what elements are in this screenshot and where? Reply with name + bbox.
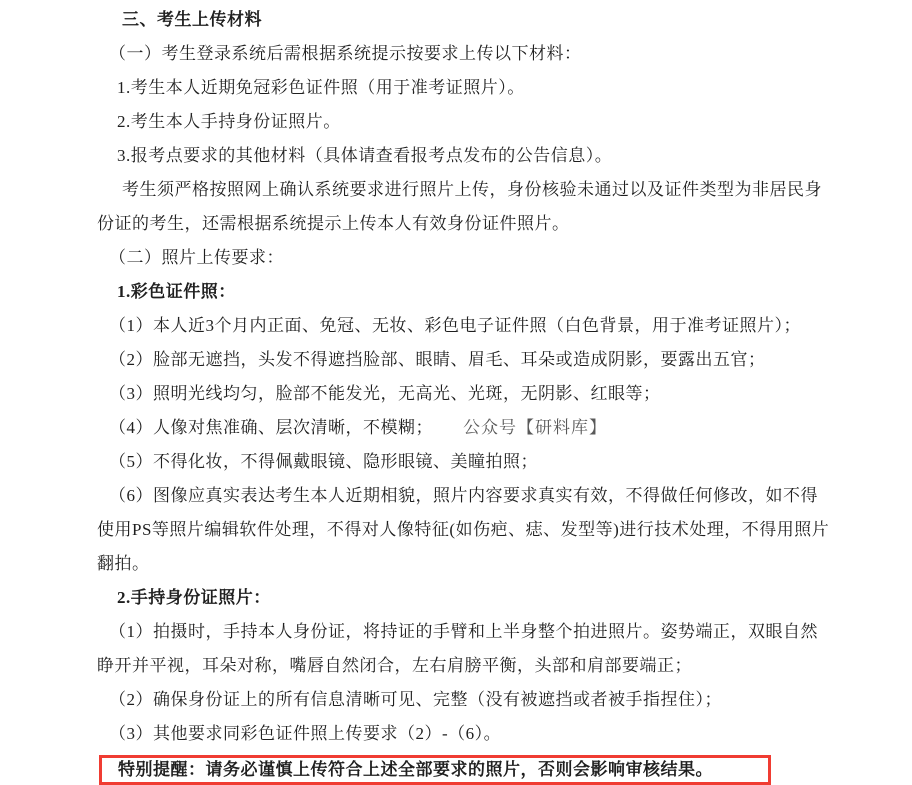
document-line: （2）脸部无遮挡，头发不得遮挡脸部、眼睛、眉毛、耳朵或造成阴影，要露出五官； — [97, 343, 815, 377]
document-line: 睁开并平视，耳朵对称，嘴唇自然闭合，左右肩膀平衡，头部和肩部要端正； — [97, 649, 815, 683]
document-line: （2）确保身份证上的所有信息清晰可见、完整（没有被遮挡或者被手指捏住）； — [97, 683, 815, 717]
document-line: （4）人像对焦准确、层次清晰，不模糊；公众号【研料库】 — [97, 411, 815, 445]
document-line: 考生须严格按照网上确认系统要求进行照片上传，身份核验未通过以及证件类型为非居民身 — [97, 173, 815, 207]
alert-box: 特别提醒：请务必谨慎上传符合上述全部要求的照片，否则会影响审核结果。 — [99, 755, 771, 785]
document-line: （1）本人近3个月内正面、免冠、无妆、彩色电子证件照（白色背景，用于准考证照片）… — [97, 309, 815, 343]
document-line: （6）图像应真实表达考生本人近期相貌，照片内容要求真实有效，不得做任何修改，如不… — [97, 479, 815, 513]
document-line: 1.考生本人近期免冠彩色证件照（用于准考证照片）。 — [97, 71, 815, 105]
document-line: 份证的考生，还需根据系统提示上传本人有效身份证件照片。 — [97, 207, 815, 241]
alert-text: 特别提醒：请务必谨慎上传符合上述全部要求的照片，否则会影响审核结果。 — [118, 760, 713, 779]
document-line: （3）照明光线均匀，脸部不能发光，无高光、光斑，无阴影、红眼等； — [97, 377, 815, 411]
document-line: （5）不得化妆，不得佩戴眼镜、隐形眼镜、美瞳拍照； — [97, 445, 815, 479]
document-line: 2.考生本人手持身份证照片。 — [97, 105, 815, 139]
document-line: 翻拍。 — [97, 547, 815, 581]
watermark-text: 公众号【研料库】 — [463, 418, 607, 437]
document-line: （1）拍摄时，手持本人身份证，将持证的手臂和上半身整个拍进照片。姿势端正，双眼自… — [97, 615, 815, 649]
document-line: （3）其他要求同彩色证件照上传要求（2）-（6）。 — [97, 717, 815, 751]
section-heading: 三、考生上传材料 — [97, 3, 815, 37]
list-heading-color-photo: 1.彩色证件照： — [97, 275, 815, 309]
document-line: （一）考生登录系统后需根据系统提示按要求上传以下材料： — [97, 37, 815, 71]
document-line: 使用PS等照片编辑软件处理，不得对人像特征(如伤疤、痣、发型等)进行技术处理，不… — [97, 513, 815, 547]
document-body: 三、考生上传材料 （一）考生登录系统后需根据系统提示按要求上传以下材料： 1.考… — [0, 0, 815, 785]
list-heading-id-photo: 2.手持身份证照片： — [97, 581, 815, 615]
document-line-text: （4）人像对焦准确、层次清晰，不模糊； — [109, 418, 433, 437]
subsection-heading: （二）照片上传要求： — [97, 241, 815, 275]
document-line: 3.报考点要求的其他材料（具体请查看报考点发布的公告信息）。 — [97, 139, 815, 173]
